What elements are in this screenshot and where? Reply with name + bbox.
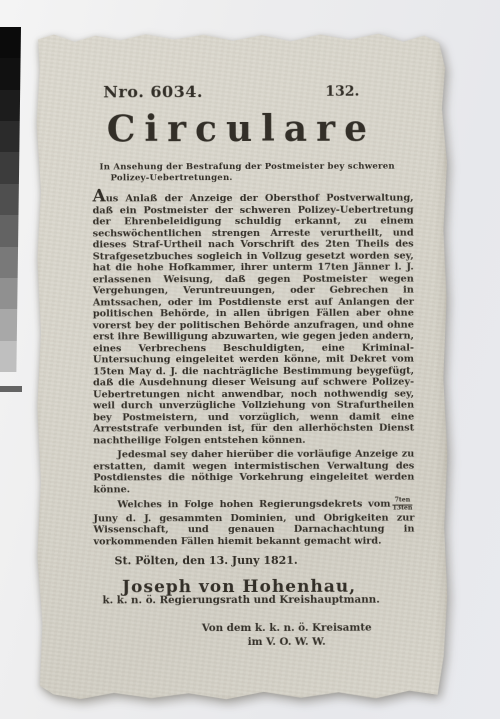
ref-number: Nro. 6034.	[103, 82, 203, 101]
strip-step	[0, 309, 21, 340]
paragraph-3: Welches in Folge hohen Regierungsdekrets…	[93, 498, 414, 548]
paragraph-3-before: Welches in Folge hohen Regierungsdekrets…	[117, 498, 390, 510]
strip-step	[0, 341, 21, 372]
document-subtitle: In Ansehung der Bestrafung der Postmeist…	[99, 162, 412, 185]
dateline: St. Pölten, den 13. Juny 1821.	[114, 555, 414, 567]
drop-cap: A	[93, 186, 106, 206]
strip-step	[0, 121, 21, 152]
photo-background: Nro. 6034. 132. Circulare In Ansehung de…	[0, 0, 500, 719]
strip-step	[0, 247, 21, 278]
strip-step	[0, 152, 21, 183]
issuer-line1: Von dem k. k. n. ö. Kreisamte	[172, 620, 402, 635]
strip-end-mark	[0, 386, 22, 392]
paragraph-2: Jedesmal sey daher hierüber die vorläufi…	[93, 449, 414, 496]
strip-step	[0, 278, 21, 309]
grayscale-calibration-strip	[0, 27, 21, 372]
paragraph-1: Aus Anlaß der Anzeige der Obersthof Post…	[93, 192, 415, 447]
paper-wrapper: Nro. 6034. 132. Circulare In Ansehung de…	[33, 27, 451, 704]
date-fraction: 7ten13ten	[392, 498, 412, 513]
paragraph-1-text: us Anlaß der Anzeige der Obersthof Postv…	[93, 193, 415, 446]
strip-step	[0, 184, 21, 215]
strip-step	[0, 90, 21, 121]
strip-step	[0, 27, 21, 58]
strip-step	[0, 215, 21, 246]
strip-step	[0, 58, 21, 89]
document-title: Circulare	[43, 107, 439, 150]
page-number: 132.	[325, 84, 359, 100]
paper-sheet: Nro. 6034. 132. Circulare In Ansehung de…	[33, 27, 451, 704]
paragraph-3-after: Juny d. J. gesammten Dominien, und Obrig…	[93, 512, 414, 547]
issuer-line2: im V. O. W. W.	[172, 635, 402, 650]
document-body: Aus Anlaß der Anzeige der Obersthof Post…	[93, 192, 415, 650]
signature-title: k. k. n. ö. Regierungsrath und Kreishaup…	[94, 595, 415, 607]
signature-name: Joseph von Hohenhau,	[94, 581, 415, 593]
issuer-office: Von dem k. k. n. ö. Kreisamte im V. O. W…	[172, 620, 402, 650]
